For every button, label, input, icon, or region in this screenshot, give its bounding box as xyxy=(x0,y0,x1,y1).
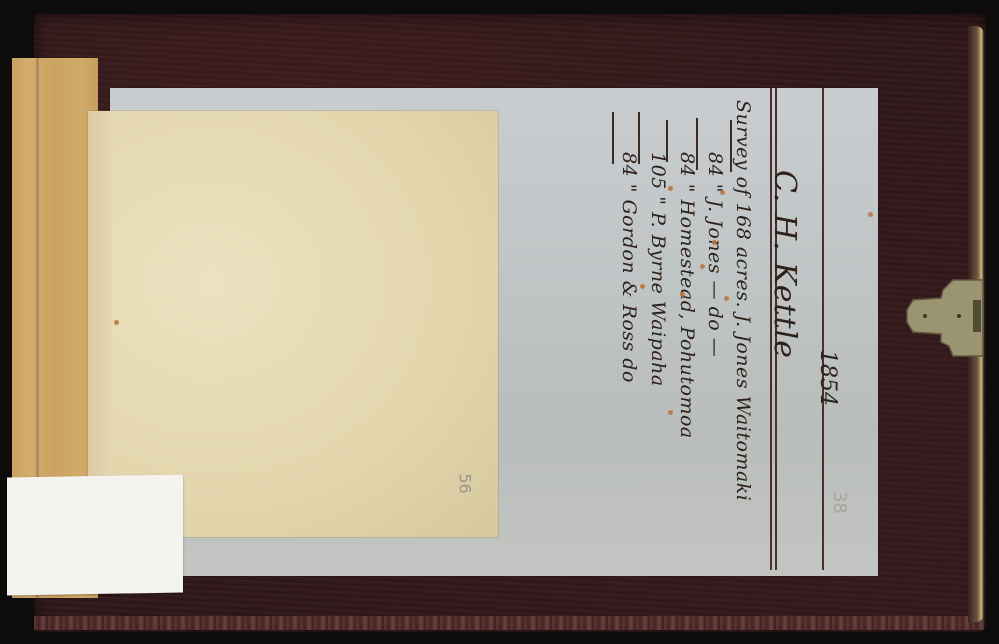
foxing-spot xyxy=(680,292,685,297)
ledger-row: 84 " Gordon & Ross do xyxy=(618,152,640,383)
metal-clasp-icon xyxy=(903,276,985,358)
foxing-spot xyxy=(724,296,729,301)
ledger-row: 84 " J. Jones — do — xyxy=(704,152,726,357)
ledger-name: C. H. Kettle xyxy=(767,170,802,359)
pasted-paper xyxy=(88,111,498,537)
foxing-spot xyxy=(700,264,705,269)
foxing-spot xyxy=(114,320,119,325)
paper-strip xyxy=(88,111,112,537)
foxing-spot xyxy=(668,410,673,415)
ledger-year: 1854 xyxy=(815,350,840,406)
ledger-row: 105 " P. Byrne Waipaha xyxy=(647,152,669,387)
ledger-entry: 1854 C. H. Kettle Survey of 168 acres. J… xyxy=(604,100,844,570)
cover-bottom-edge xyxy=(34,616,984,630)
foxing-spot xyxy=(868,212,873,217)
white-tab xyxy=(7,474,183,595)
foxing-spot xyxy=(640,284,645,289)
pencil-sheet-number: 38 xyxy=(829,491,850,514)
pencil-number: 56 xyxy=(456,473,475,493)
foxing-spot xyxy=(720,190,725,195)
ledger-row: Survey of 168 acres. J. Jones Waitomaki xyxy=(732,100,754,501)
foxing-spot xyxy=(668,186,673,191)
foxing-spot xyxy=(712,240,717,245)
